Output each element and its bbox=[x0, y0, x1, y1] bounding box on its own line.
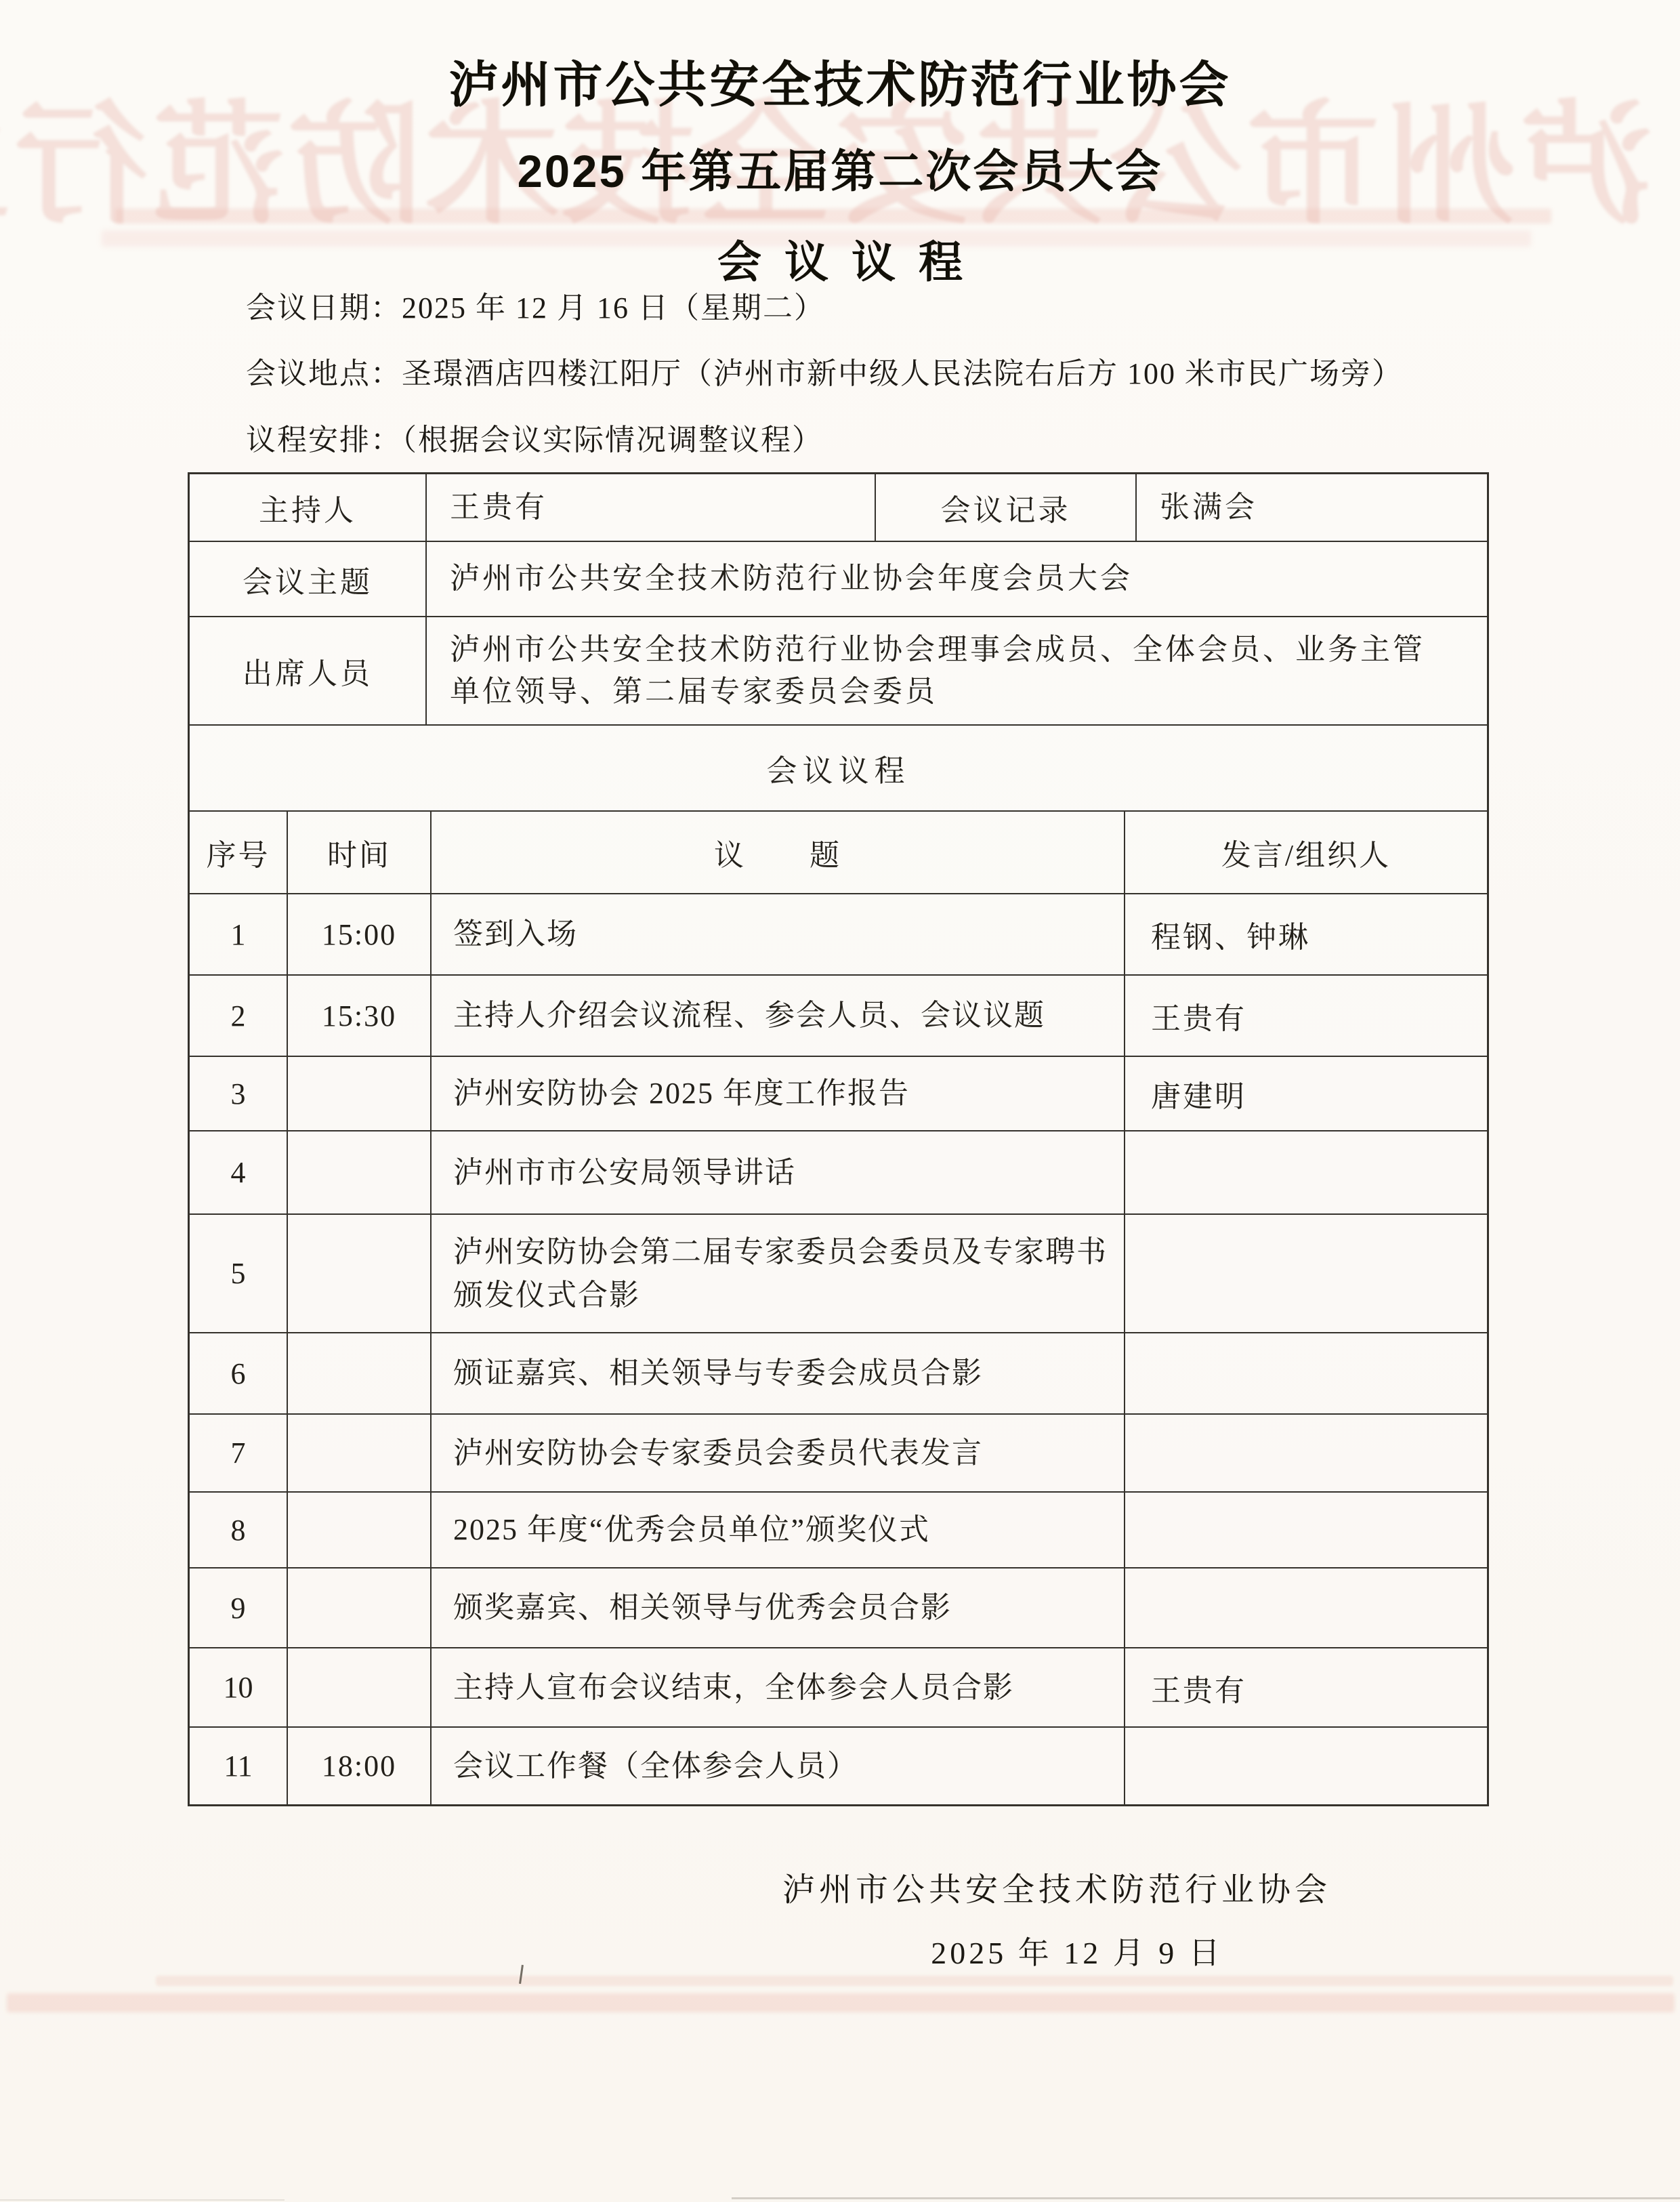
agenda-topic: 泸州市市公安局领导讲话 bbox=[432, 1131, 1125, 1213]
agenda-no: 4 bbox=[190, 1131, 288, 1213]
table-row-attendees: 出席人员 泸州市公共安全技术防范行业协会理事会成员、全体会员、业务主管单位领导、… bbox=[190, 617, 1487, 726]
agenda-topic: 主持人介绍会议流程、参会人员、会议议题 bbox=[432, 976, 1125, 1056]
agenda-no: 6 bbox=[190, 1333, 288, 1413]
document-title-org: 泸州市公共安全技术防范行业协会 bbox=[0, 45, 1680, 116]
agenda-time: 18:00 bbox=[288, 1728, 432, 1804]
table-row: 4 泸州市市公安局领导讲话 bbox=[190, 1131, 1487, 1215]
agenda-topic: 泸州安防协会专家委员会委员代表发言 bbox=[432, 1415, 1125, 1491]
agenda-speaker bbox=[1125, 1131, 1487, 1213]
agenda-note-line: 议程安排：（根据会议实际情况调整议程） bbox=[246, 415, 823, 459]
host-value-cell: 王贵有 bbox=[427, 474, 876, 541]
agenda-time bbox=[288, 1569, 432, 1647]
agenda-no: 5 bbox=[190, 1215, 288, 1332]
agenda-time bbox=[288, 1333, 432, 1413]
agenda-no: 7 bbox=[190, 1415, 288, 1491]
agenda-no: 11 bbox=[190, 1728, 288, 1804]
agenda-speaker bbox=[1125, 1215, 1487, 1332]
agenda-time bbox=[288, 1415, 432, 1491]
footer-date: 2025 年 12 月 9 日 bbox=[799, 1928, 1355, 1973]
table-row: 7 泸州安防协会专家委员会委员代表发言 bbox=[190, 1415, 1487, 1493]
table-row-topic: 会议主题 泸州市公共安全技术防范行业协会年度会员大会 bbox=[190, 542, 1487, 617]
header-time-cell: 时间 bbox=[288, 812, 432, 893]
topic-value-cell: 泸州市公共安全技术防范行业协会年度会员大会 bbox=[427, 542, 1487, 616]
agenda-topic: 泸州安防协会第二届专家委员会委员及专家聘书颁发仪式合影 bbox=[432, 1215, 1125, 1332]
table-section-row: 会议议程 bbox=[190, 726, 1487, 812]
agenda-speaker bbox=[1125, 1493, 1487, 1567]
agenda-topic: 2025 年度“优秀会员单位”颁奖仪式 bbox=[432, 1493, 1125, 1567]
table-row: 1 15:00 签到入场 程钢、钟琳 bbox=[190, 894, 1487, 976]
header-speaker-cell: 发言/组织人 bbox=[1125, 812, 1487, 893]
table-row: 10 主持人宣布会议结束，全体参会人员合影 王贵有 bbox=[190, 1648, 1487, 1728]
agenda-speaker: 程钢、钟琳 bbox=[1125, 894, 1487, 974]
document-title-agenda: 会议议程 bbox=[0, 226, 1680, 290]
agenda-time bbox=[288, 1057, 432, 1130]
agenda-speaker bbox=[1125, 1333, 1487, 1413]
agenda-topic: 泸州安防协会 2025 年度工作报告 bbox=[432, 1057, 1125, 1130]
table-row: 2 15:30 主持人介绍会议流程、参会人员、会议议题 王贵有 bbox=[190, 976, 1487, 1057]
agenda-topic: 颁奖嘉宾、相关领导与优秀会员合影 bbox=[432, 1569, 1125, 1647]
agenda-speaker bbox=[1125, 1569, 1487, 1647]
agenda-no: 8 bbox=[190, 1493, 288, 1567]
bleedthrough-band-bottom-2 bbox=[7, 1993, 1675, 2012]
agenda-topic: 主持人宣布会议结束，全体参会人员合影 bbox=[432, 1648, 1125, 1726]
bleedthrough-band-bottom-1 bbox=[156, 1976, 1673, 1986]
agenda-no: 10 bbox=[190, 1648, 288, 1726]
agenda-time bbox=[288, 1493, 432, 1567]
bleedthrough-band-top-1 bbox=[115, 209, 1551, 224]
document-title-session: 2025 年第五届第二次会员大会 bbox=[0, 136, 1680, 201]
table-row: 6 颁证嘉宾、相关领导与专委会成员合影 bbox=[190, 1333, 1487, 1415]
attendees-value-cell: 泸州市公共安全技术防范行业协会理事会成员、全体会员、业务主管单位领导、第二届专家… bbox=[427, 617, 1487, 724]
table-row: 9 颁奖嘉宾、相关领导与优秀会员合影 bbox=[190, 1569, 1487, 1648]
agenda-time bbox=[288, 1131, 432, 1213]
meeting-location-line: 会议地点：圣璟酒店四楼江阳厅（泸州市新中级人民法院右后方 100 米市民广场旁） bbox=[246, 349, 1403, 392]
table-row: 3 泸州安防协会 2025 年度工作报告 唐建明 bbox=[190, 1057, 1487, 1131]
recorder-label-cell: 会议记录 bbox=[876, 474, 1137, 541]
agenda-topic: 颁证嘉宾、相关领导与专委会成员合影 bbox=[432, 1333, 1125, 1413]
agenda-time: 15:00 bbox=[288, 894, 432, 974]
agenda-speaker: 唐建明 bbox=[1125, 1057, 1487, 1130]
scanned-document-page: 泸州市公共安全技术防范行业协会 泸州市公共安全技术防范行业协会 2025 年第五… bbox=[0, 0, 1680, 2202]
table-row-host: 主持人 王贵有 会议记录 张满会 bbox=[190, 474, 1487, 542]
agenda-no: 9 bbox=[190, 1569, 288, 1647]
meeting-date-line: 会议日期：2025 年 12 月 16 日（星期二） bbox=[246, 283, 825, 327]
agenda-table: 主持人 王贵有 会议记录 张满会 会议主题 泸州市公共安全技术防范行业协会年度会… bbox=[188, 472, 1489, 1806]
scan-edge-line-right bbox=[732, 2197, 1680, 2199]
table-row: 8 2025 年度“优秀会员单位”颁奖仪式 bbox=[190, 1493, 1487, 1569]
host-label-cell: 主持人 bbox=[190, 474, 427, 541]
table-row: 11 18:00 会议工作餐（全体参会人员） bbox=[190, 1728, 1487, 1804]
agenda-speaker: 王贵有 bbox=[1125, 1648, 1487, 1726]
agenda-no: 2 bbox=[190, 976, 288, 1056]
agenda-speaker bbox=[1125, 1415, 1487, 1491]
agenda-topic: 签到入场 bbox=[432, 894, 1125, 974]
table-header-row: 序号 时间 议 题 发言/组织人 bbox=[190, 812, 1487, 894]
agenda-time bbox=[288, 1215, 432, 1332]
scan-edge-line-left bbox=[0, 2199, 285, 2201]
table-row: 5 泸州安防协会第二届专家委员会委员及专家聘书颁发仪式合影 bbox=[190, 1215, 1487, 1333]
agenda-speaker: 王贵有 bbox=[1125, 976, 1487, 1056]
footer-organization: 泸州市公共安全技术防范行业协会 bbox=[718, 1863, 1395, 1910]
topic-label-cell: 会议主题 bbox=[190, 542, 427, 616]
header-topic-cell: 议 题 bbox=[432, 812, 1125, 893]
agenda-speaker bbox=[1125, 1728, 1487, 1804]
agenda-time bbox=[288, 1648, 432, 1726]
header-no-cell: 序号 bbox=[190, 812, 288, 893]
agenda-time: 15:30 bbox=[288, 976, 432, 1056]
recorder-value-cell: 张满会 bbox=[1137, 474, 1487, 541]
agenda-no: 3 bbox=[190, 1057, 288, 1130]
agenda-section-title: 会议议程 bbox=[190, 726, 1487, 810]
agenda-topic: 会议工作餐（全体参会人员） bbox=[432, 1728, 1125, 1804]
attendees-label-cell: 出席人员 bbox=[190, 617, 427, 724]
agenda-no: 1 bbox=[190, 894, 288, 974]
